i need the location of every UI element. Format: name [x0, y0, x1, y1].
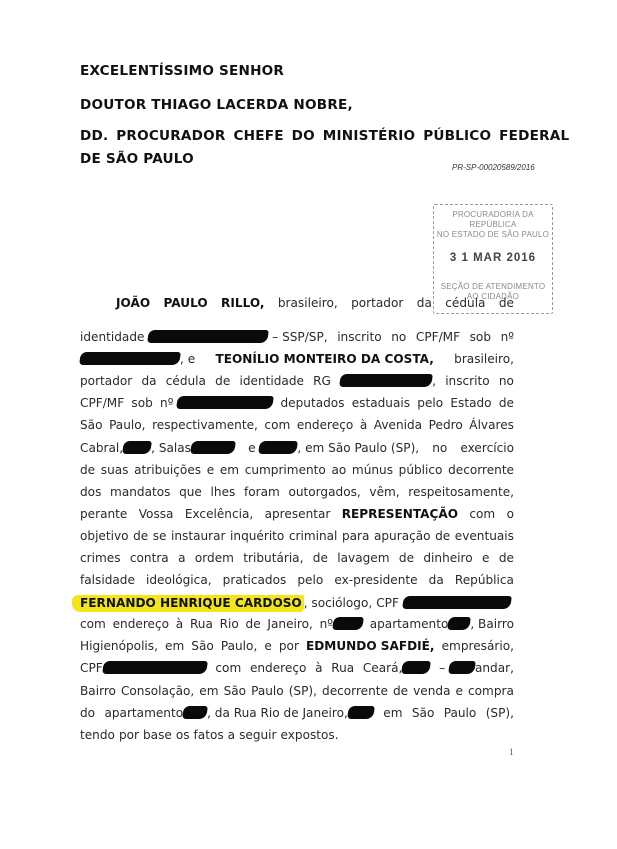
- body-line: São Paulo, respectivamente, com endereço…: [80, 418, 514, 436]
- body-line: CPF com endereço à Rua Ceará, – andar,: [80, 661, 514, 679]
- redaction-block: [448, 661, 476, 674]
- body-line: tendo por base os fatos a seguir exposto…: [80, 728, 514, 746]
- document-type: REPRESENTAÇÃO: [342, 507, 458, 521]
- redaction-block: [258, 441, 298, 454]
- page-number: 1: [509, 747, 514, 757]
- body-line: falsidade ideológica, praticados pelo ex…: [80, 573, 514, 591]
- redaction-block: [339, 374, 433, 387]
- addressee-salutation: EXCELENTÍSSIMO SENHOR: [80, 63, 284, 79]
- body-line: Higienópolis, em São Paulo, e por EDMUND…: [80, 639, 514, 657]
- protocol-number: PR-SP-00020589/2016: [452, 163, 535, 172]
- body-line: CPF/MF sob nº deputados estaduais pelo E…: [80, 396, 514, 414]
- body-line: JOÃO PAULO RILLO, brasileiro, portador d…: [116, 296, 514, 314]
- redaction-block: [182, 706, 208, 719]
- redaction-block: [332, 617, 364, 630]
- redaction-block: [190, 441, 236, 454]
- redaction-block: [79, 352, 181, 365]
- addressee-location: DE SÃO PAULO: [80, 151, 194, 167]
- redaction-block: [447, 617, 471, 630]
- stamp-section-line1: SEÇÃO DE ATENDIMENTO: [434, 282, 552, 292]
- highlighted-name: FERNANDO HENRIQUE CARDOSO: [72, 595, 304, 612]
- redaction-block: [122, 441, 152, 454]
- redaction-block: [402, 596, 512, 609]
- redaction-block: [347, 706, 375, 719]
- body-line: perante Vossa Excelência, apresentar REP…: [80, 507, 514, 525]
- body-line: com endereço à Rua Rio de Janeiro, nº ap…: [80, 617, 514, 635]
- stamp-org-line2: NO ESTADO DE SÃO PAULO: [434, 230, 552, 240]
- redaction-block: [147, 330, 269, 343]
- redaction-block: [176, 396, 274, 409]
- body-line: , e TEONÍLIO MONTEIRO DA COSTA, brasilei…: [80, 352, 514, 370]
- body-line: dos mandatos que lhes foram outorgados, …: [80, 485, 514, 503]
- body-line: Cabral,, Salas e , em São Paulo (SP), no…: [80, 441, 514, 459]
- body-line: crimes contra a ordem tributária, de lav…: [80, 551, 514, 569]
- body-line: identidade – SSP/SP, inscrito no CPF/MF …: [80, 330, 514, 348]
- stamp-org-line1: PROCURADORIA DA REPÚBLICA: [434, 210, 552, 230]
- body-line: Bairro Consolação, em São Paulo (SP), de…: [80, 684, 514, 702]
- redaction-block: [102, 661, 208, 674]
- body-line: objetivo de se instaurar inquérito crimi…: [80, 529, 514, 547]
- body-line: do apartamento, da Rua Rio de Janeiro, e…: [80, 706, 514, 724]
- body-line: FERNANDO HENRIQUE CARDOSO , sociólogo, C…: [80, 595, 514, 613]
- addressee-name: DOUTOR THIAGO LACERDA NOBRE,: [80, 97, 353, 113]
- addressee-title: DD. PROCURADOR CHEFE DO MINISTÉRIO PÚBLI…: [80, 128, 569, 144]
- redaction-block: [401, 661, 431, 674]
- body-line: de suas atribuições e em cumprimento ao …: [80, 463, 514, 481]
- stamp-date: 3 1 MAR 2016: [434, 252, 552, 264]
- body-line: portador da cédula de identidade RG , in…: [80, 374, 514, 392]
